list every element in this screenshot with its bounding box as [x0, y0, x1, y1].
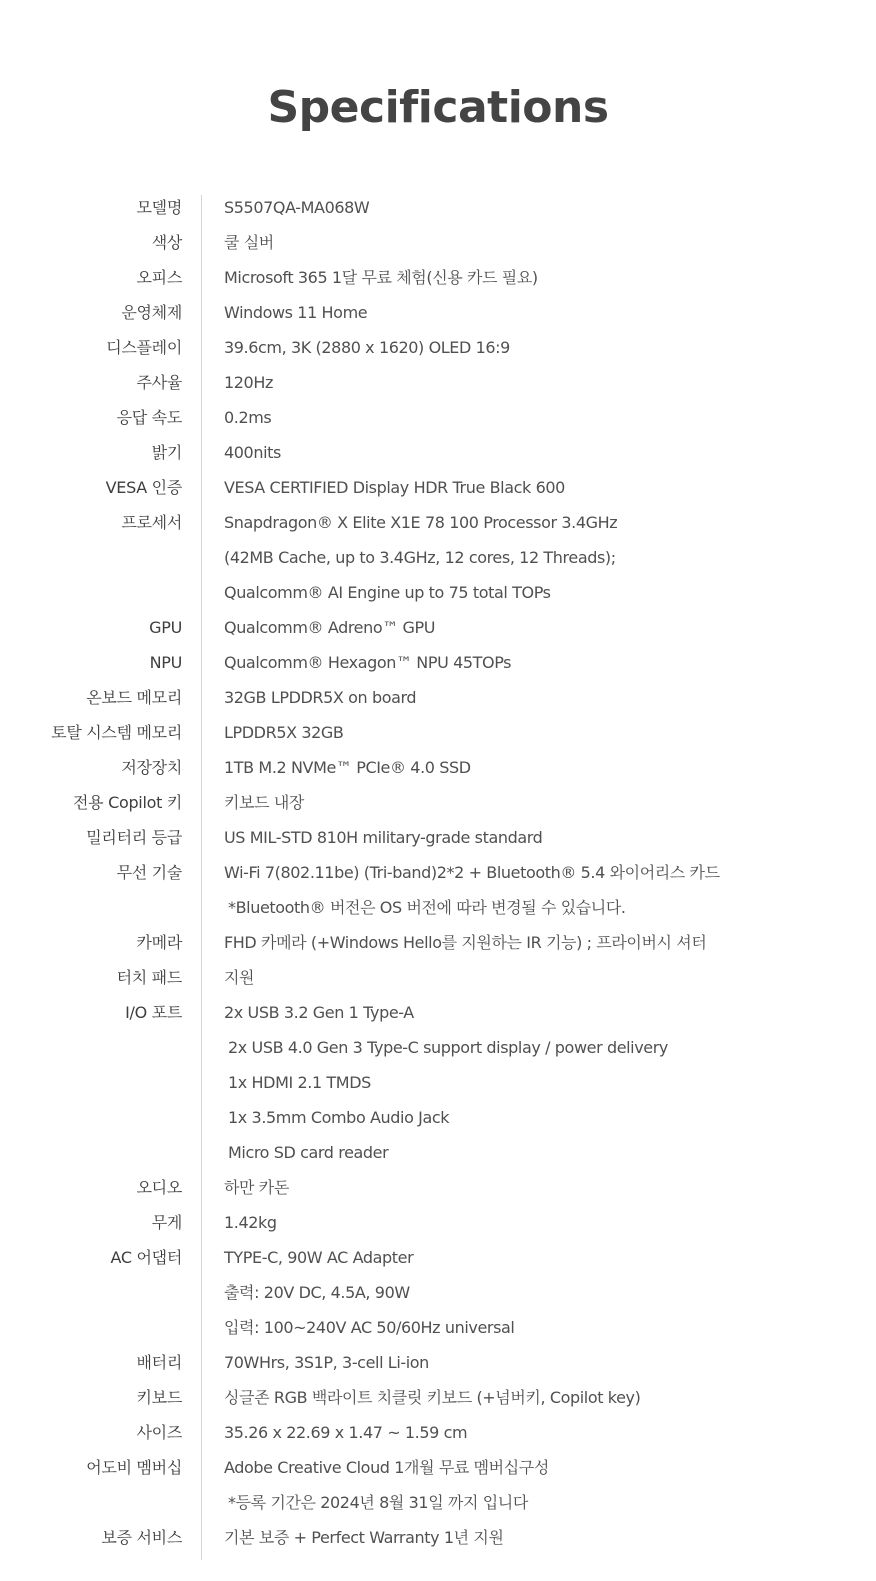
spec-row: 터치 패드지원 — [0, 960, 876, 995]
spec-values: 하만 카돈 — [224, 1170, 289, 1205]
spec-row: 응답 속도0.2ms — [0, 400, 876, 435]
spec-row: 오디오하만 카돈 — [0, 1170, 876, 1205]
spec-label: 밝기 — [0, 435, 182, 470]
spec-value: Qualcomm® Hexagon™ NPU 45TOPs — [224, 645, 511, 680]
spec-value: Wi-Fi 7(802.11be) (Tri-band)2*2 + Blueto… — [224, 855, 720, 890]
spec-values: 35.26 x 22.69 x 1.47 ~ 1.59 cm — [224, 1415, 467, 1450]
spec-label: 사이즈 — [0, 1415, 182, 1450]
spec-value: LPDDR5X 32GB — [224, 715, 343, 750]
spec-value: Adobe Creative Cloud 1개월 무료 멤버십구성 — [224, 1450, 549, 1485]
spec-value: 입력: 100~240V AC 50/60Hz universal — [224, 1310, 514, 1345]
spec-value: 출력: 20V DC, 4.5A, 90W — [224, 1275, 514, 1310]
spec-value: 쿨 실버 — [224, 225, 274, 260]
spec-value: Qualcomm® Adreno™ GPU — [224, 610, 435, 645]
spec-values: Microsoft 365 1달 무료 체험(신용 카드 필요) — [224, 260, 538, 295]
spec-value: 2x USB 4.0 Gen 3 Type-C support display … — [224, 1030, 668, 1065]
spec-values: VESA CERTIFIED Display HDR True Black 60… — [224, 470, 565, 505]
spec-value: 70WHrs, 3S1P, 3-cell Li-ion — [224, 1345, 429, 1380]
spec-value: *Bluetooth® 버전은 OS 버전에 따라 변경될 수 있습니다. — [224, 890, 720, 925]
spec-value: Windows 11 Home — [224, 295, 367, 330]
spec-row: 무선 기술Wi-Fi 7(802.11be) (Tri-band)2*2 + B… — [0, 855, 876, 925]
spec-values: 싱글존 RGB 백라이트 치클릿 키보드 (+넘버키, Copilot key) — [224, 1380, 640, 1415]
spec-values: FHD 카메라 (+Windows Hello를 지원하는 IR 기능) ; 프… — [224, 925, 706, 960]
spec-value: 0.2ms — [224, 400, 271, 435]
spec-value: 지원 — [224, 960, 254, 995]
spec-label: 디스플레이 — [0, 330, 182, 365]
spec-values: 쿨 실버 — [224, 225, 274, 260]
spec-values: Qualcomm® Adreno™ GPU — [224, 610, 435, 645]
spec-value: 32GB LPDDR5X on board — [224, 680, 416, 715]
spec-row: 사이즈35.26 x 22.69 x 1.47 ~ 1.59 cm — [0, 1415, 876, 1450]
spec-label: I/O 포트 — [0, 995, 182, 1030]
spec-value: 1.42kg — [224, 1205, 277, 1240]
spec-values: 39.6cm, 3K (2880 x 1620) OLED 16:9 — [224, 330, 510, 365]
spec-value: 기본 보증 + Perfect Warranty 1년 지원 — [224, 1520, 504, 1555]
spec-values: 1.42kg — [224, 1205, 277, 1240]
spec-value: Snapdragon® X Elite X1E 78 100 Processor… — [224, 505, 617, 540]
spec-value: 35.26 x 22.69 x 1.47 ~ 1.59 cm — [224, 1415, 467, 1450]
spec-label: 키보드 — [0, 1380, 182, 1415]
spec-label: 운영체제 — [0, 295, 182, 330]
spec-values: Wi-Fi 7(802.11be) (Tri-band)2*2 + Blueto… — [224, 855, 720, 925]
spec-row: 배터리70WHrs, 3S1P, 3-cell Li-ion — [0, 1345, 876, 1380]
spec-value: FHD 카메라 (+Windows Hello를 지원하는 IR 기능) ; 프… — [224, 925, 706, 960]
spec-value: (42MB Cache, up to 3.4GHz, 12 cores, 12 … — [224, 540, 617, 575]
spec-label: 저장장치 — [0, 750, 182, 785]
spec-row: I/O 포트2x USB 3.2 Gen 1 Type-A2x USB 4.0 … — [0, 995, 876, 1170]
spec-table: 모델명S5507QA-MA068W색상쿨 실버오피스Microsoft 365 … — [0, 190, 876, 1555]
spec-label: 색상 — [0, 225, 182, 260]
spec-value: Qualcomm® AI Engine up to 75 total TOPs — [224, 575, 617, 610]
spec-row: 주사율120Hz — [0, 365, 876, 400]
spec-row: 색상쿨 실버 — [0, 225, 876, 260]
spec-values: LPDDR5X 32GB — [224, 715, 343, 750]
spec-value: 싱글존 RGB 백라이트 치클릿 키보드 (+넘버키, Copilot key) — [224, 1380, 640, 1415]
spec-label: 주사율 — [0, 365, 182, 400]
spec-values: 70WHrs, 3S1P, 3-cell Li-ion — [224, 1345, 429, 1380]
spec-label: 오피스 — [0, 260, 182, 295]
spec-value: 400nits — [224, 435, 281, 470]
spec-label: GPU — [0, 610, 182, 645]
spec-row: 보증 서비스기본 보증 + Perfect Warranty 1년 지원 — [0, 1520, 876, 1555]
spec-values: 2x USB 3.2 Gen 1 Type-A2x USB 4.0 Gen 3 … — [224, 995, 668, 1170]
spec-label: 무게 — [0, 1205, 182, 1240]
spec-value: 120Hz — [224, 365, 273, 400]
spec-values: 1TB M.2 NVMe™ PCIe® 4.0 SSD — [224, 750, 471, 785]
spec-row: 카메라FHD 카메라 (+Windows Hello를 지원하는 IR 기능) … — [0, 925, 876, 960]
spec-value: VESA CERTIFIED Display HDR True Black 60… — [224, 470, 565, 505]
spec-values: 키보드 내장 — [224, 785, 304, 820]
spec-row: 토탈 시스템 메모리LPDDR5X 32GB — [0, 715, 876, 750]
spec-value: Microsoft 365 1달 무료 체험(신용 카드 필요) — [224, 260, 538, 295]
spec-values: S5507QA-MA068W — [224, 190, 369, 225]
spec-values: Windows 11 Home — [224, 295, 367, 330]
spec-values: Qualcomm® Hexagon™ NPU 45TOPs — [224, 645, 511, 680]
spec-label: 어도비 멤버십 — [0, 1450, 182, 1485]
spec-row: 운영체제Windows 11 Home — [0, 295, 876, 330]
spec-row: 키보드싱글존 RGB 백라이트 치클릿 키보드 (+넘버키, Copilot k… — [0, 1380, 876, 1415]
spec-label: 토탈 시스템 메모리 — [0, 715, 182, 750]
spec-value: *등록 기간은 2024년 8월 31일 까지 입니다 — [224, 1485, 549, 1520]
spec-label: 프로세서 — [0, 505, 182, 540]
spec-label: 모델명 — [0, 190, 182, 225]
spec-value: 1x HDMI 2.1 TMDS — [224, 1065, 668, 1100]
spec-values: 0.2ms — [224, 400, 271, 435]
spec-row: 저장장치1TB M.2 NVMe™ PCIe® 4.0 SSD — [0, 750, 876, 785]
spec-label: NPU — [0, 645, 182, 680]
spec-row: AC 어댑터TYPE-C, 90W AC Adapter출력: 20V DC, … — [0, 1240, 876, 1345]
spec-label: 카메라 — [0, 925, 182, 960]
spec-label: 무선 기술 — [0, 855, 182, 890]
spec-value: 39.6cm, 3K (2880 x 1620) OLED 16:9 — [224, 330, 510, 365]
spec-label: 전용 Copilot 키 — [0, 785, 182, 820]
spec-row: 프로세서Snapdragon® X Elite X1E 78 100 Proce… — [0, 505, 876, 610]
spec-value: Micro SD card reader — [224, 1135, 668, 1170]
spec-value: 하만 카돈 — [224, 1170, 289, 1205]
spec-label: AC 어댑터 — [0, 1240, 182, 1275]
spec-values: Adobe Creative Cloud 1개월 무료 멤버십구성*등록 기간은… — [224, 1450, 549, 1520]
spec-row: NPUQualcomm® Hexagon™ NPU 45TOPs — [0, 645, 876, 680]
spec-value: 2x USB 3.2 Gen 1 Type-A — [224, 995, 668, 1030]
spec-value: 1x 3.5mm Combo Audio Jack — [224, 1100, 668, 1135]
spec-value: 키보드 내장 — [224, 785, 304, 820]
spec-value: 1TB M.2 NVMe™ PCIe® 4.0 SSD — [224, 750, 471, 785]
spec-values: 기본 보증 + Perfect Warranty 1년 지원 — [224, 1520, 504, 1555]
spec-row: 밝기400nits — [0, 435, 876, 470]
spec-label: 밀리터리 등급 — [0, 820, 182, 855]
spec-row: VESA 인증VESA CERTIFIED Display HDR True B… — [0, 470, 876, 505]
spec-label: 오디오 — [0, 1170, 182, 1205]
spec-row: 오피스Microsoft 365 1달 무료 체험(신용 카드 필요) — [0, 260, 876, 295]
spec-values: TYPE-C, 90W AC Adapter출력: 20V DC, 4.5A, … — [224, 1240, 514, 1345]
spec-values: Snapdragon® X Elite X1E 78 100 Processor… — [224, 505, 617, 610]
spec-row: GPUQualcomm® Adreno™ GPU — [0, 610, 876, 645]
spec-row: 무게1.42kg — [0, 1205, 876, 1240]
spec-label: 배터리 — [0, 1345, 182, 1380]
spec-values: 지원 — [224, 960, 254, 995]
spec-row: 밀리터리 등급US MIL-STD 810H military-grade st… — [0, 820, 876, 855]
spec-row: 디스플레이39.6cm, 3K (2880 x 1620) OLED 16:9 — [0, 330, 876, 365]
spec-value: US MIL-STD 810H military-grade standard — [224, 820, 542, 855]
spec-values: 120Hz — [224, 365, 273, 400]
spec-values: 32GB LPDDR5X on board — [224, 680, 416, 715]
spec-row: 모델명S5507QA-MA068W — [0, 190, 876, 225]
spec-label: 응답 속도 — [0, 400, 182, 435]
spec-row: 어도비 멤버십Adobe Creative Cloud 1개월 무료 멤버십구성… — [0, 1450, 876, 1520]
spec-value: S5507QA-MA068W — [224, 190, 369, 225]
spec-values: 400nits — [224, 435, 281, 470]
spec-label: 온보드 메모리 — [0, 680, 182, 715]
page-title: Specifications — [0, 78, 876, 138]
spec-row: 전용 Copilot 키키보드 내장 — [0, 785, 876, 820]
spec-label: 보증 서비스 — [0, 1520, 182, 1555]
spec-value: TYPE-C, 90W AC Adapter — [224, 1240, 514, 1275]
spec-label: VESA 인증 — [0, 470, 182, 505]
spec-values: US MIL-STD 810H military-grade standard — [224, 820, 542, 855]
spec-row: 온보드 메모리32GB LPDDR5X on board — [0, 680, 876, 715]
spec-label: 터치 패드 — [0, 960, 182, 995]
